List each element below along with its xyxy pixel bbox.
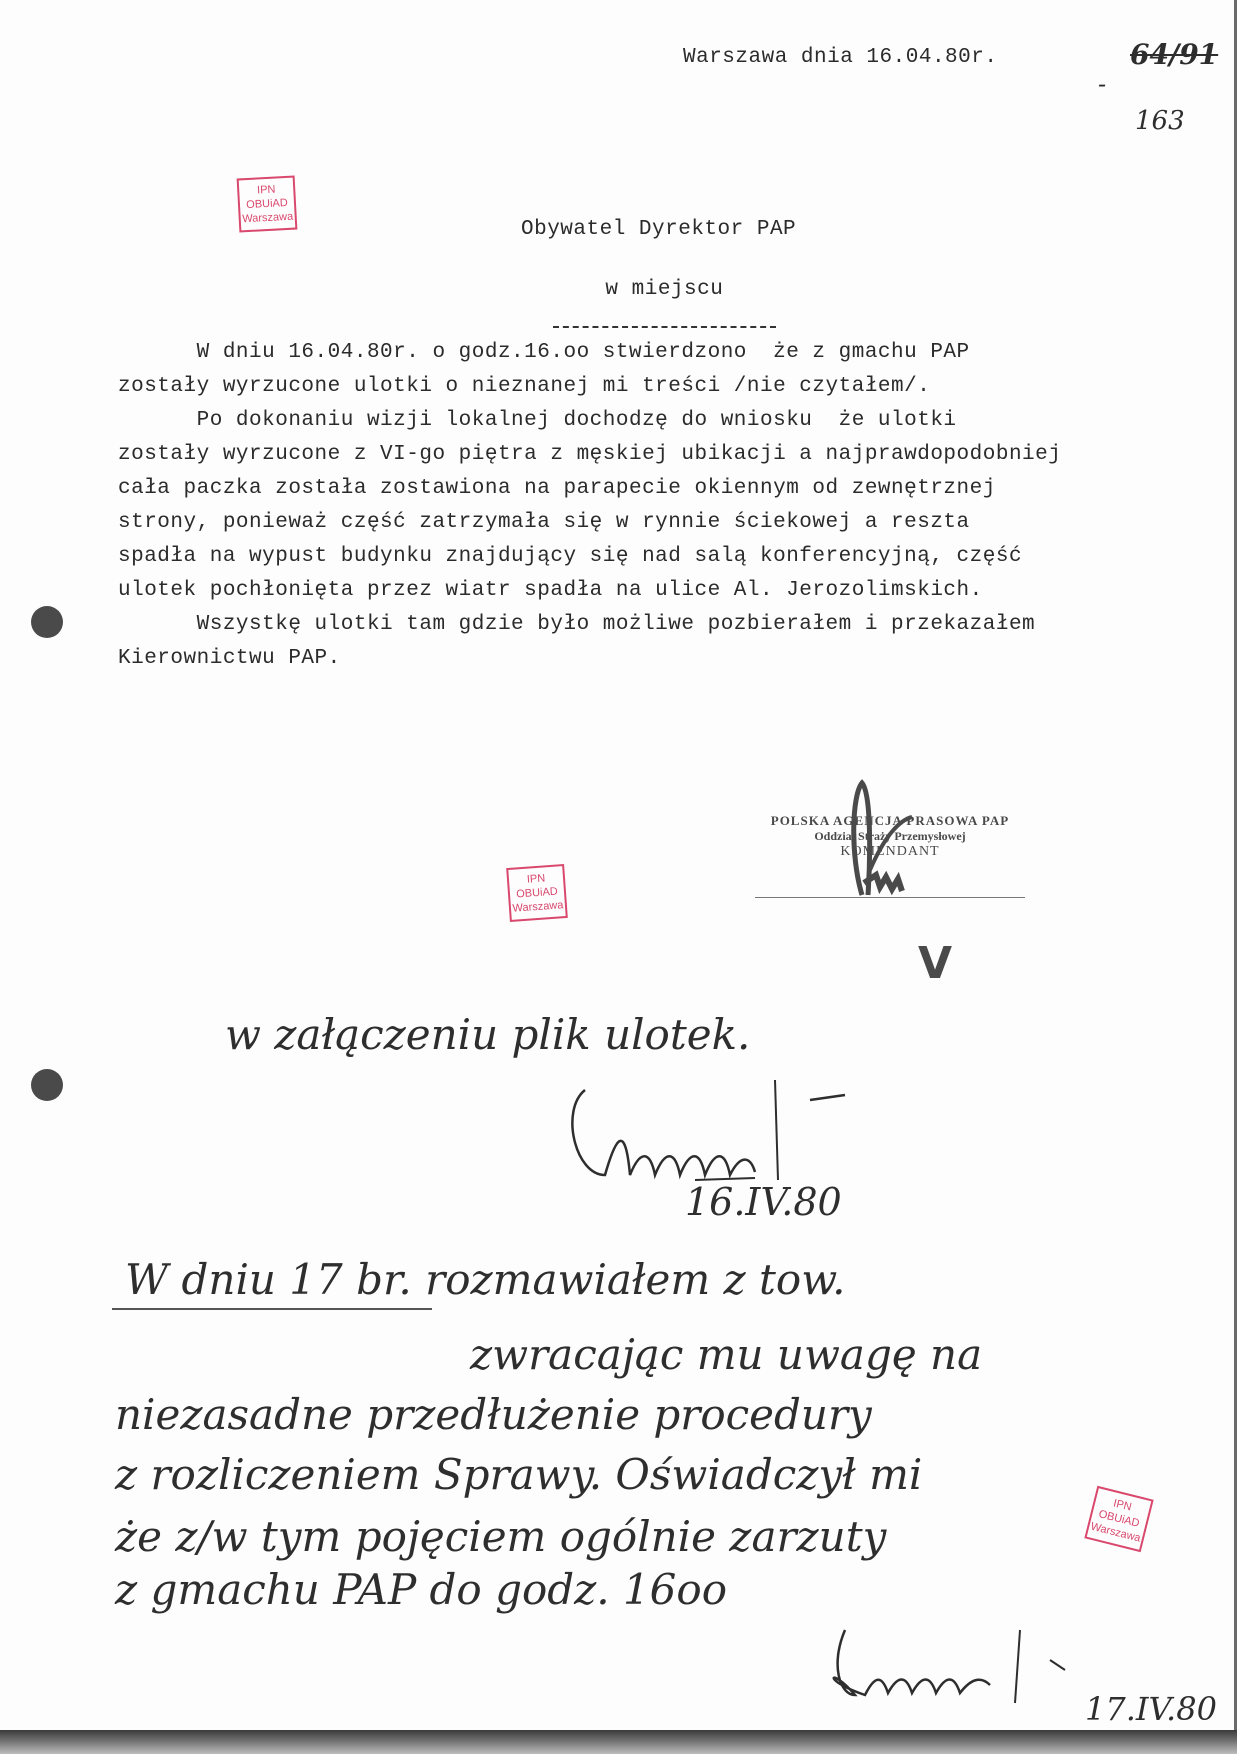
note-underline bbox=[112, 1308, 432, 1310]
body-line: zostały wyrzucone z VI-go piętra z męski… bbox=[118, 443, 1061, 477]
handwritten-note-2-line: że z/w tym pojęciem ogólnie zarzuty bbox=[115, 1512, 886, 1561]
document-page: Warszawa dnia 16.04.80r. 64/91 - 163 IPN… bbox=[0, 0, 1237, 1730]
punch-hole bbox=[31, 1069, 63, 1101]
page-number: 163 bbox=[1135, 106, 1185, 136]
body-line: Wszystkę ulotki tam gdzie było możliwe p… bbox=[118, 613, 1061, 647]
signature-line bbox=[755, 897, 1025, 898]
ipn-stamp: IPN OBUiAD Warszawa bbox=[237, 176, 298, 233]
commander-signature bbox=[840, 775, 950, 905]
handwritten-note-2-line: zwracając mu uwagę na bbox=[470, 1330, 982, 1379]
body-line: spadła na wypust budynku znajdujący się … bbox=[118, 545, 1061, 579]
body-line: Po dokonaniu wizji lokalnej dochodzę do … bbox=[118, 409, 1061, 443]
body-line: cała paczka została zostawiona na parape… bbox=[118, 477, 1061, 511]
handwritten-date-1: 16.IV.80 bbox=[685, 1180, 842, 1224]
handwritten-note-2-line: z rozliczeniem Sprawy. Oświadczył mi bbox=[115, 1450, 922, 1499]
ipn-stamp: IPN OBUiAD Warszawa bbox=[1084, 1486, 1153, 1552]
handwritten-note-2-line: W dniu 17 br. rozmawiałem z tow. bbox=[125, 1255, 846, 1304]
body-line: zostały wyrzucone ulotki o nieznanej mi … bbox=[118, 375, 1061, 409]
body-line: Kierownictwu PAP. bbox=[118, 647, 1061, 681]
handwritten-note-2-line: niezasadne przedłużenie procedury bbox=[115, 1390, 872, 1439]
handwritten-signature-2 bbox=[810, 1625, 1070, 1705]
body-text: W dniu 16.04.80r. o godz.16.oo stwierdzo… bbox=[118, 341, 1061, 681]
handwritten-signature-1 bbox=[555, 1080, 865, 1190]
archive-dash: - bbox=[1098, 70, 1106, 98]
handwritten-note-1: w załączeniu plik ulotek. bbox=[225, 1010, 750, 1059]
body-line: W dniu 16.04.80r. o godz.16.oo stwierdzo… bbox=[118, 341, 1061, 375]
punch-hole bbox=[31, 606, 63, 638]
addressee-location: w miejscu bbox=[553, 255, 776, 328]
body-line: ulotek pochłonięta przez wiatr spadła na… bbox=[118, 579, 1061, 613]
addressee-title: Obywatel Dyrektor PAP bbox=[521, 218, 796, 241]
handwritten-note-2-line: z gmachu PAP do godz. 16oo bbox=[115, 1565, 727, 1614]
body-line: strony, ponieważ część zatrzymała się w … bbox=[118, 511, 1061, 545]
place-date: Warszawa dnia 16.04.80r. bbox=[683, 46, 997, 69]
handwritten-date-2: 17.IV.80 bbox=[1085, 1690, 1217, 1728]
margin-check-mark: V bbox=[918, 938, 952, 989]
ipn-stamp: IPN OBUiAD Warszawa bbox=[506, 864, 568, 922]
scan-edge bbox=[0, 1730, 1237, 1754]
archive-mark: 64/91 bbox=[1130, 38, 1218, 71]
